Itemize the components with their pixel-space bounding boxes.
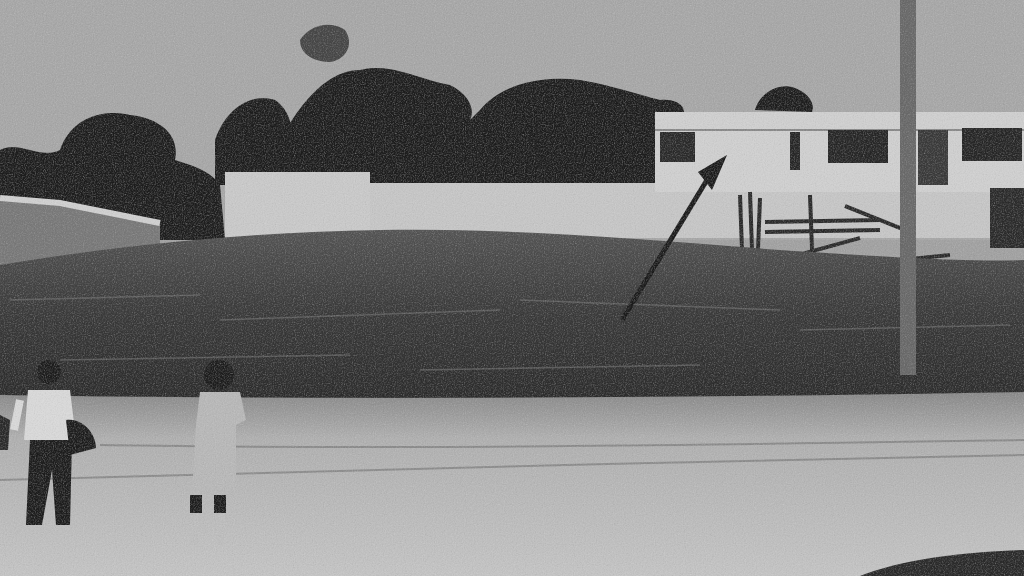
window [660, 132, 695, 162]
window [790, 132, 800, 170]
window [918, 130, 948, 185]
utility-pole [900, 0, 916, 375]
window [828, 130, 888, 163]
embankment [0, 230, 1024, 399]
photograph: Grainy black-and-white photograph of a c… [0, 0, 1024, 576]
dirt-road [0, 392, 1024, 576]
window [962, 128, 1022, 161]
